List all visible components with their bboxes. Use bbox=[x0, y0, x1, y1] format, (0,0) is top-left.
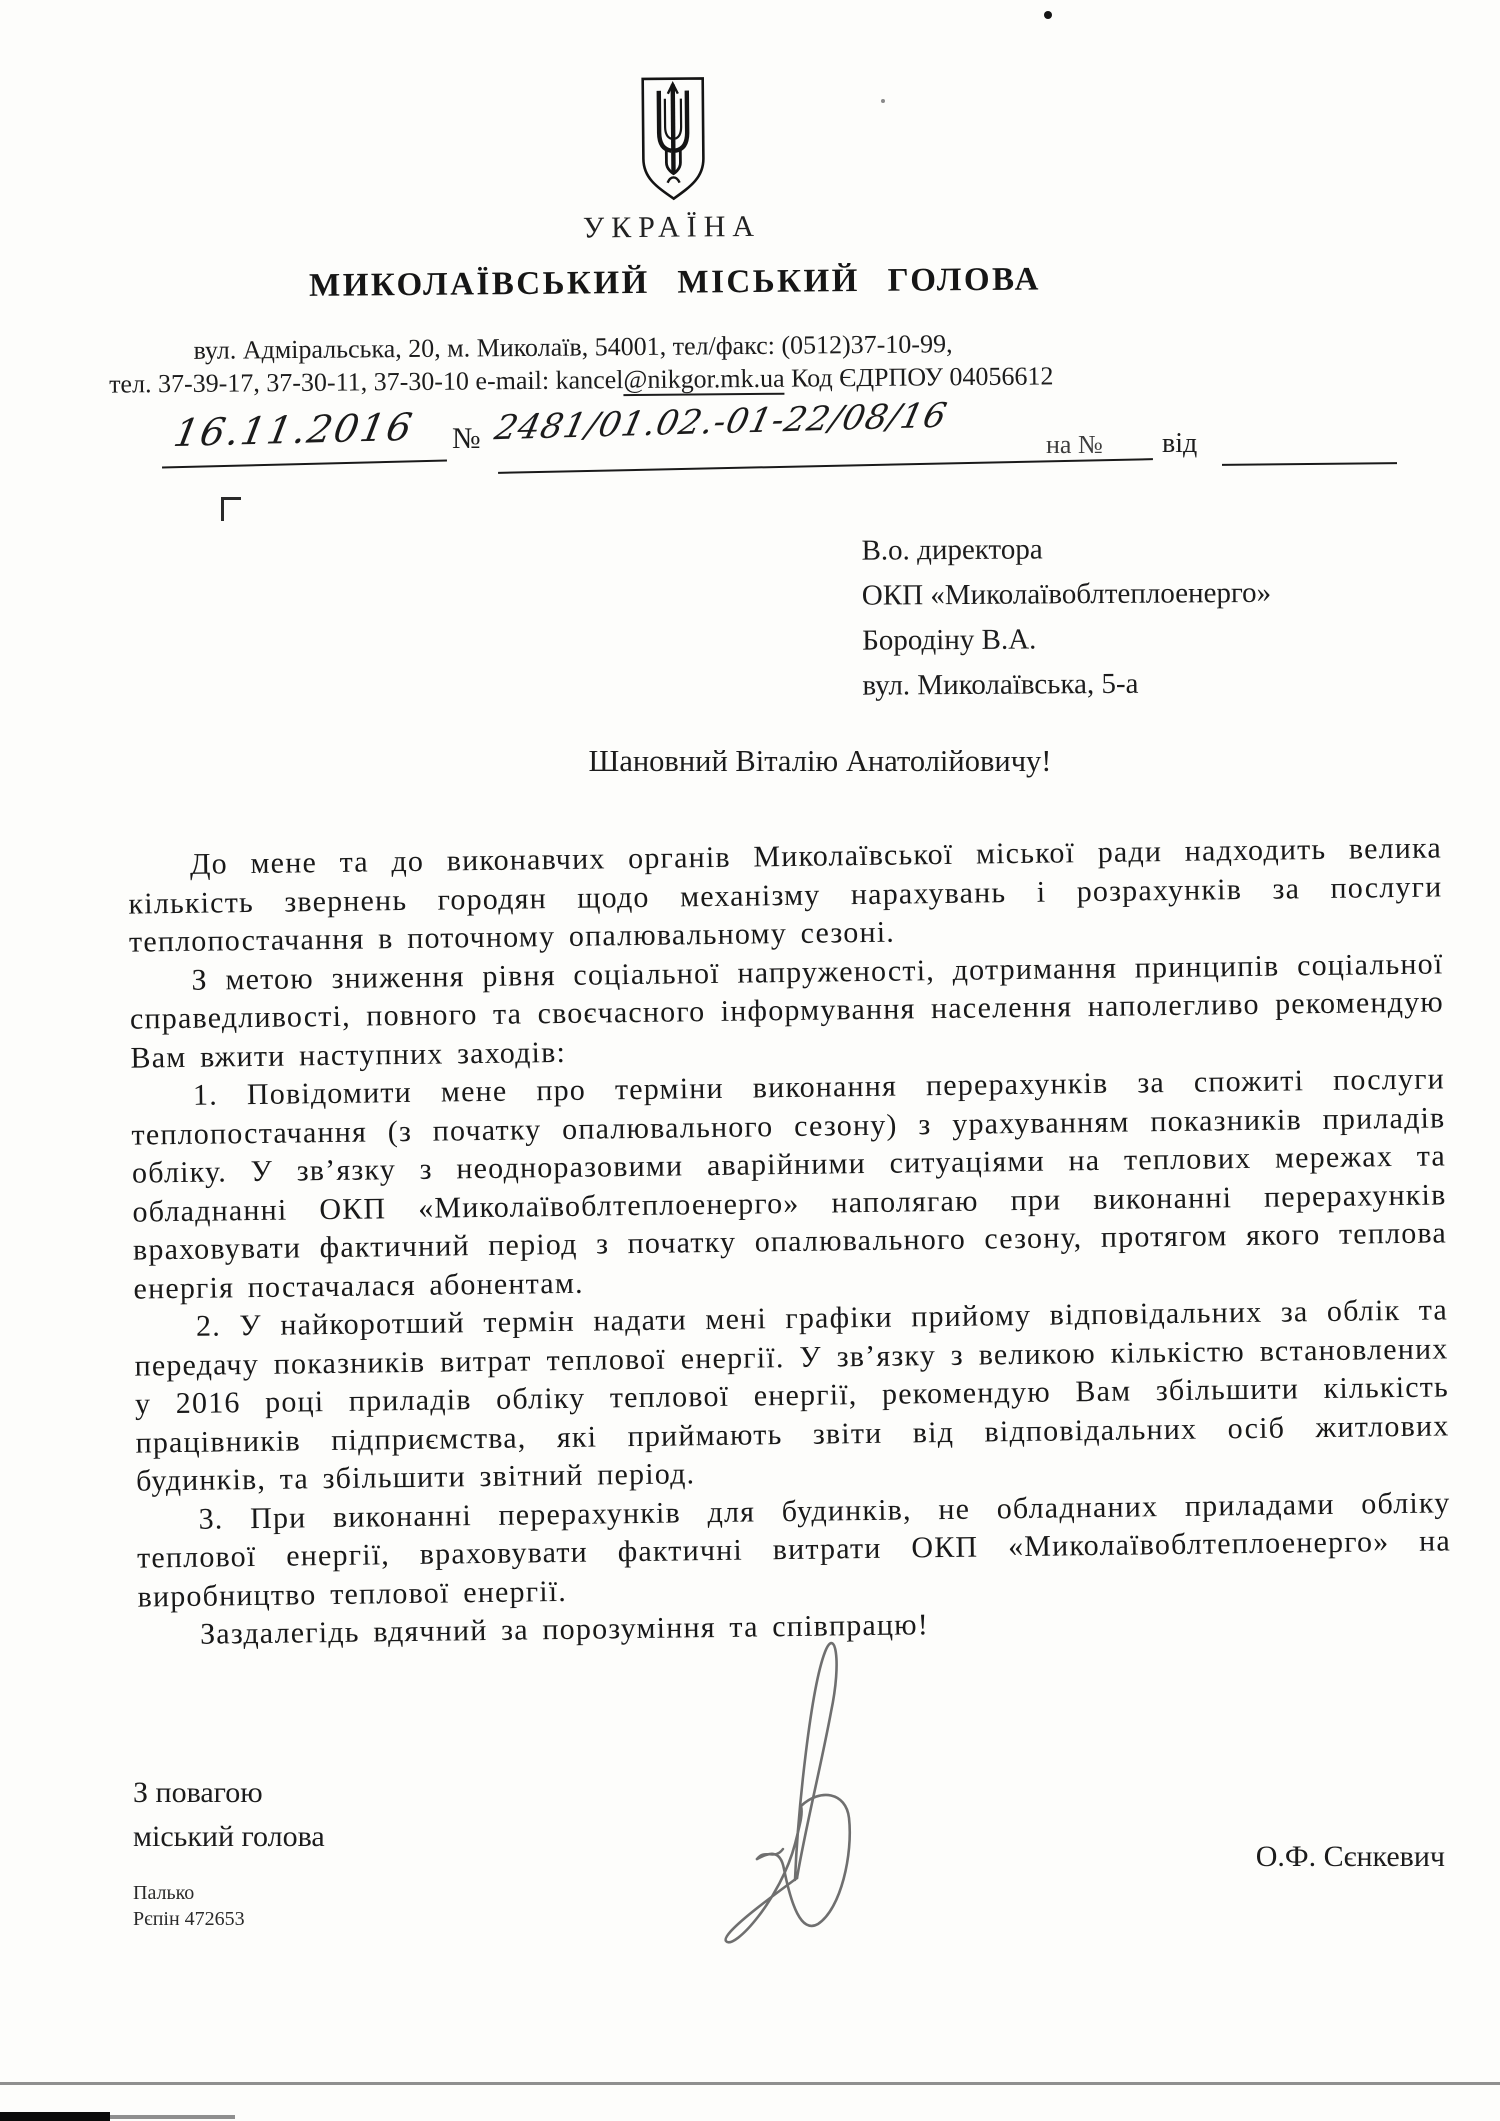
scan-speck-artifact bbox=[881, 99, 885, 103]
signoff-regards: З повагою bbox=[133, 1776, 263, 1810]
addressee-position: В.о. директора bbox=[861, 525, 1341, 573]
salutation: Шановний Віталію Анатолійовичу! bbox=[470, 744, 1170, 779]
letterhead: УКРАЇНА МИКОЛАЇВСЬКИЙ МІСЬКИЙ ГОЛОВА вул… bbox=[0, 0, 1500, 7]
organization-title: МИКОЛАЇВСЬКИЙ МІСЬКИЙ ГОЛОВА bbox=[172, 260, 1177, 306]
date-blank-line bbox=[162, 460, 447, 469]
number-sign-label: № bbox=[452, 422, 481, 456]
paragraph-item-1: 1. Повідомити мене про терміни виконання… bbox=[131, 1060, 1448, 1308]
paragraph-intro: До мене та до виконавчих органів Миколаї… bbox=[128, 829, 1443, 962]
vid-blank-line bbox=[1222, 462, 1397, 466]
clerk-name-2: Рєпін 472653 bbox=[133, 1908, 245, 1931]
letterhead-address-line2: тел. 37-39-17, 37-30-11, 37-30-10 e-mail… bbox=[81, 361, 1081, 400]
scan-edge-line bbox=[0, 2082, 1500, 2085]
email-address: @nikgor.mk.ua bbox=[623, 364, 784, 396]
scan-black-strip bbox=[0, 2112, 110, 2121]
addressee-name: Бородіну В.А. bbox=[862, 615, 1342, 663]
trident-emblem-icon bbox=[638, 74, 709, 205]
address-phones: тел. 37-39-17, 37-30-11, 37-30-10 e-mail… bbox=[109, 365, 624, 398]
handwritten-signature bbox=[645, 1628, 995, 1963]
paragraph-item-3: 3. При виконанні перерахунків для будинк… bbox=[136, 1484, 1451, 1617]
scan-dot-artifact bbox=[1044, 11, 1052, 19]
handwritten-reference-number: 2481/01.02.-01-22/08/16 bbox=[491, 396, 951, 448]
signoff-title: міський голова bbox=[133, 1820, 325, 1854]
letterhead-address-line1: вул. Адміральська, 20, м. Миколаїв, 5400… bbox=[73, 328, 1073, 367]
letter-body: До мене та до виконавчих органів Миколаї… bbox=[128, 829, 1452, 1655]
scanned-letter-page: УКРАЇНА МИКОЛАЇВСЬКИЙ МІСЬКИЙ ГОЛОВА вул… bbox=[0, 0, 1500, 2121]
country-name: УКРАЇНА bbox=[522, 209, 822, 246]
corner-crop-mark bbox=[221, 497, 241, 521]
edrpou-code: Код ЄДРПОУ 04056612 bbox=[784, 361, 1053, 392]
addressee-block: В.о. директора ОКП «Миколаївоблтеплоенер… bbox=[861, 525, 1342, 708]
addressee-company: ОКП «Миколаївоблтеплоенерго» bbox=[862, 570, 1342, 618]
scan-dash-artifact bbox=[110, 2115, 235, 2119]
signer-name: О.Ф. Сєнкевич bbox=[1100, 1840, 1445, 1874]
handwritten-date: 16.11.2016 bbox=[170, 405, 417, 455]
paragraph-purpose: З метою зниження рівня соціальної напруж… bbox=[129, 945, 1444, 1078]
vid-label: від bbox=[1162, 428, 1197, 460]
number-blank-line bbox=[498, 458, 1153, 474]
clerk-name-1: Палько bbox=[133, 1882, 194, 1905]
paragraph-item-2: 2. У найкоротший термін надати мені граф… bbox=[134, 1291, 1450, 1501]
addressee-street: вул. Миколаївська, 5-а bbox=[862, 660, 1342, 708]
na-number-label: на № bbox=[1046, 430, 1103, 460]
